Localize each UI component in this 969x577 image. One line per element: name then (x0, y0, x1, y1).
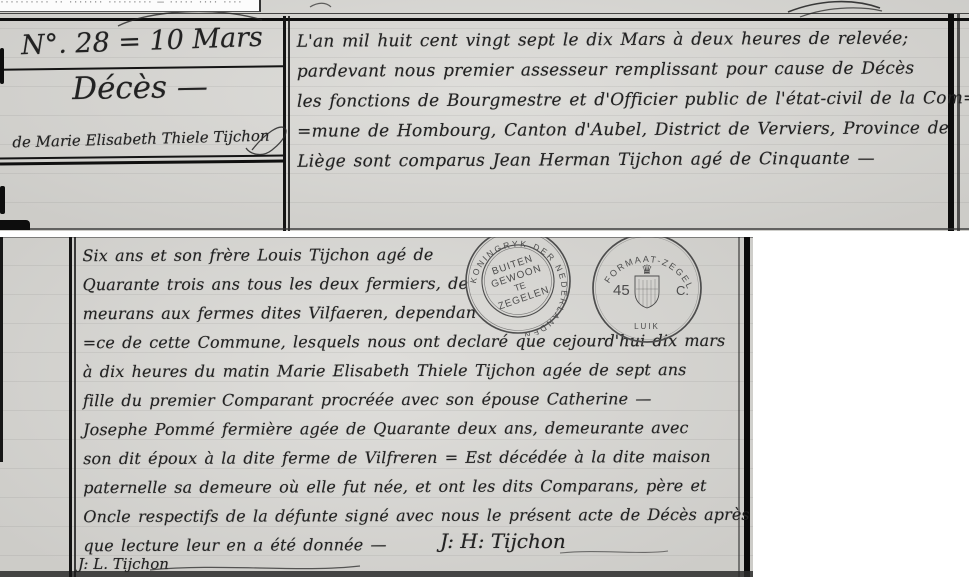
act-line: pardevant nous premier assesseur remplis… (297, 58, 953, 91)
right-border-outer (957, 14, 960, 231)
bottom-scan-block: Six ans et son frère Louis Tijchon agé d… (0, 237, 753, 577)
act-line: que lecture leur en a été donnée — (83, 534, 745, 565)
margin-act-type: Décès — (40, 68, 241, 107)
scan-edge-mark (0, 186, 5, 214)
margin-underline-3 (0, 160, 284, 166)
signature-uncle: J: L. Tijchon (78, 555, 169, 573)
cropped-top-strip: ·········· ·· ······· ········· – ····· … (0, 0, 261, 12)
cropped-illegible-text: ·········· ·· ······· ········· – ····· … (0, 0, 259, 8)
act-line: son dit époux à la dite ferme de Vilfrer… (83, 447, 745, 478)
scan-cut-edge (0, 228, 969, 230)
margin-divider-inner (74, 237, 76, 577)
margin-divider (69, 237, 72, 577)
document-scan-page: N°. 28 = 10 Mars Décès — de Marie Elisab… (0, 0, 969, 577)
act-line: paternelle sa demeure où elle fut née, e… (83, 476, 745, 507)
act-line: meurans aux fermes dites Vilfaeren, depe… (83, 302, 745, 333)
act-text-top: L'an mil huit cent vingt sept le dix Mar… (297, 28, 954, 181)
margin-underline-2 (0, 155, 284, 160)
act-line: Liège sont comparus Jean Herman Tijchon … (297, 148, 953, 181)
act-line: fille du premier Comparant procréée avec… (83, 389, 745, 420)
act-line: Josephe Pommé fermière agée de Quarante … (83, 418, 745, 449)
act-line: Quarante trois ans tous les deux fermier… (83, 273, 745, 304)
top-scan-block: N°. 28 = 10 Mars Décès — de Marie Elisab… (0, 0, 969, 231)
margin-act-number: N°. 28 = 10 Mars (14, 22, 271, 62)
scan-cut-edge (0, 237, 753, 238)
act-line: Oncle respectifs de la défunte signé ave… (83, 505, 745, 536)
top-rule-thick (0, 18, 969, 21)
signature-father: J: H: Tijchon (440, 529, 566, 553)
act-line: =ce de cette Commune, lesquels nous ont … (83, 331, 745, 362)
left-edge (0, 237, 3, 462)
margin-divider (283, 16, 286, 231)
act-line: L'an mil huit cent vingt sept le dix Mar… (297, 28, 953, 61)
act-line: à dix heures du matin Marie Elisabeth Th… (83, 360, 745, 391)
act-line: =mune de Hombourg, Canton d'Aubel, Distr… (297, 118, 953, 151)
act-text-bottom: Six ans et son frère Louis Tijchon agé d… (82, 244, 745, 565)
act-line: Six ans et son frère Louis Tijchon agé d… (82, 244, 744, 275)
margin-deceased-name: de Marie Elisabeth Thiele Tijchon (2, 126, 280, 151)
scan-edge-mark (0, 48, 4, 84)
act-line: les fonctions de Bourgmestre et d'Offici… (297, 88, 953, 121)
scan-edge-mark (0, 220, 30, 230)
top-rule-thin (0, 13, 969, 14)
margin-divider-inner (288, 16, 290, 231)
